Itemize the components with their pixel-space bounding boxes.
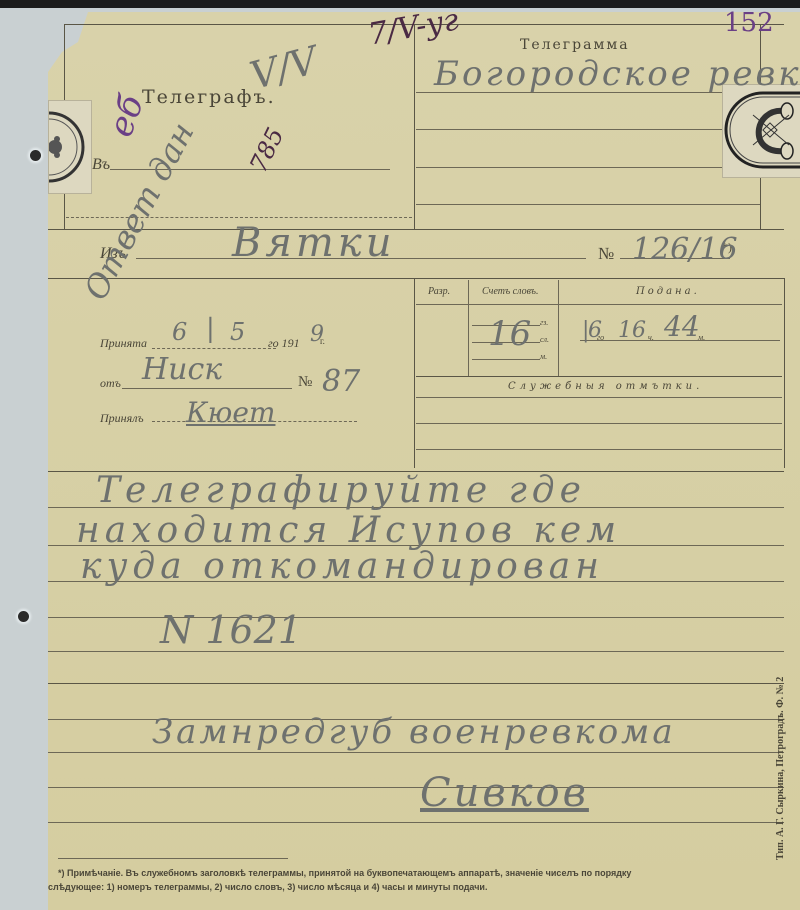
message-line [48,787,784,788]
word-unit-2: сл. [540,335,549,344]
from-station-label: отъ [100,376,121,391]
footnote-rule [58,858,288,859]
received-by-operator: Кюет [186,396,275,429]
punch-hole [30,150,41,161]
table-right-border [784,278,785,468]
from-station: Ниск [142,352,222,387]
telegram-number: 126/16 [632,232,738,267]
center-divider [414,24,415,229]
right-header-title: Телеграмма [520,37,630,53]
footnote-line-2: слѣдующее: 1) номеръ телеграммы, 2) числ… [48,882,487,892]
table-left-border [414,278,415,468]
accepted-month: 5 [230,318,245,346]
address-line-2 [416,129,760,130]
message-line-2: находится Исупов кем [76,510,621,551]
accepted-year-digit: 9 [310,322,324,347]
submitted-day: 6 [588,318,602,343]
submitted-hour: 16 [618,318,646,343]
from-row-top-border [48,229,784,230]
service-marks-line-2 [416,423,782,424]
word-count-value: 16 [488,314,531,354]
message-line-1: Телеграфируйте где [96,470,586,511]
category-header: Разр. [428,286,450,297]
address-line-3 [416,167,760,168]
service-marks-top-line [416,376,782,377]
table-col-divider-1 [468,280,469,376]
post-horn-emblem-icon [723,85,800,177]
word-count-header: Счетъ словъ. [482,286,538,297]
printer-imprint: Тип. А. Г. Сыркина, Петроградъ. Ф. № 2 [775,677,786,860]
telegraph-emblem-stamp [722,84,800,178]
message-line-3: куда откомандирован [80,546,604,587]
submitted-header: Подана. [636,286,700,297]
signature-title: Замнредгуб военревкома [152,712,676,752]
message-line [48,752,784,753]
accepted-label: Принята [100,336,147,351]
table-col-divider-2 [558,280,559,376]
destination-line-1: Богородское ревкому [434,54,800,94]
origin-city: Вятки [232,220,395,266]
submitted-unit-hour: ч. [648,333,654,342]
message-line [48,683,784,684]
footnote-line-1: *) Примѣчаніе. Въ служебномъ заголовкѣ т… [58,868,631,878]
number-label: № [598,244,614,264]
station-no-label: № [298,374,312,391]
accepted-day: 6 [172,318,187,346]
received-by-label: Принялъ [100,411,144,426]
eagle-seal-icon [49,101,91,193]
word-count-line-3 [472,359,540,360]
word-unit-3: м. [540,352,547,361]
year-prefix: го 191 [268,336,300,351]
service-marks-header: Служебныя отмътки. [508,381,703,392]
archive-page-number: 152 [724,8,774,38]
from-row-bottom-border [48,278,784,279]
table-header-line [416,304,782,305]
service-marks-line-1 [416,397,782,398]
signature-name: Сивков [420,770,589,816]
seal-stamp [48,100,92,194]
punch-hole [18,611,29,622]
message-line [48,822,784,823]
submitted-minute: 44 [664,310,700,343]
from-station-line [122,388,292,389]
word-unit-1: гз. [540,318,548,327]
message-reference: N 1621 [160,608,302,652]
accepted-date-line [152,348,276,349]
to-label: Въ [92,156,110,174]
message-line [48,651,784,652]
address-line-4 [416,204,760,205]
from-station-number: 87 [322,364,360,399]
service-marks-line-3 [416,449,782,450]
message-line [48,617,784,618]
date-separator: | [206,314,215,344]
